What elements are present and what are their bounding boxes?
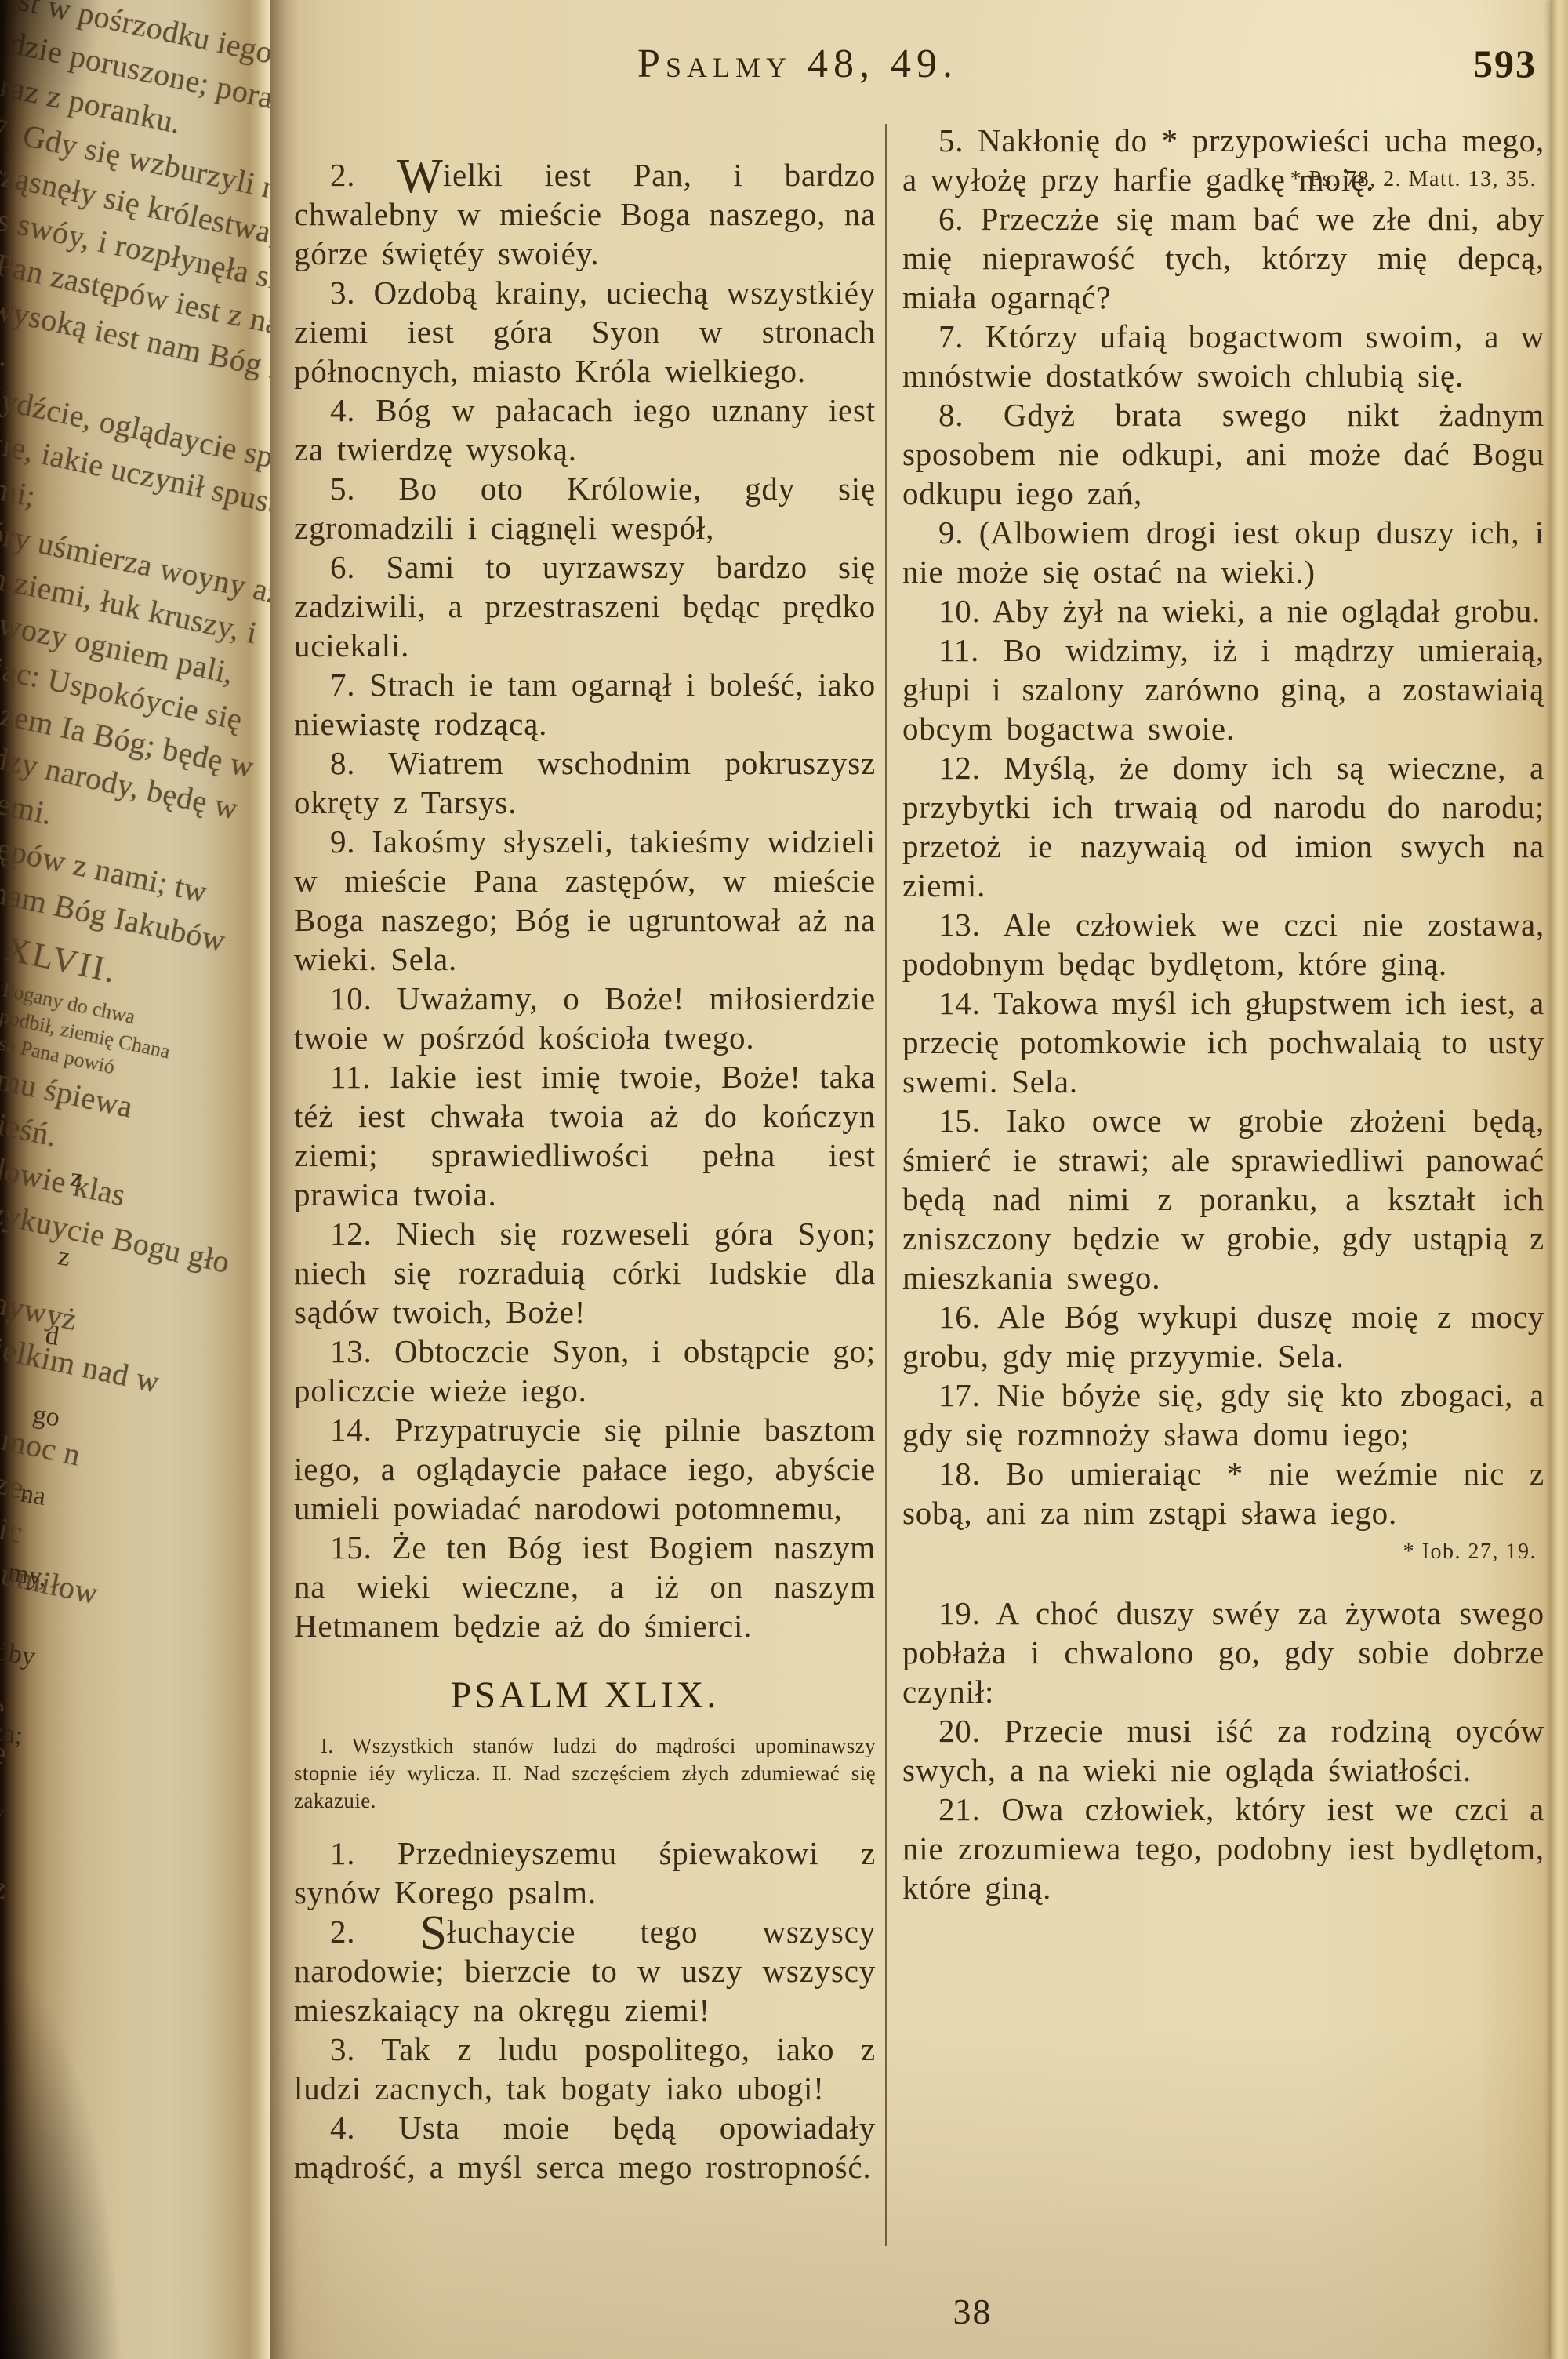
verse-number: 10.	[938, 593, 992, 629]
verse-number: 10.	[330, 980, 397, 1016]
verse: 8. Wiatrem wschodnim pokruszysz okręty z…	[294, 743, 876, 822]
verse: 11. Bo widzimy, iż i mądrzy umieraią, gł…	[902, 631, 1544, 748]
verse-number: 3.	[330, 274, 373, 311]
verse: 9. Iakośmy słyszeli, takieśmy widzieli w…	[294, 822, 876, 979]
verse: 10. Uważamy, o Boże! miłosierdzie twoie …	[294, 979, 876, 1057]
verse: 20. Przecie musi iść za rodziną oyców sw…	[902, 1711, 1544, 1790]
verse-number: 12.	[330, 1216, 396, 1252]
verse: 2. Słuchaycie tego wszyscy narodowie; bi…	[294, 1912, 876, 2030]
verse: 11. Iakie iest imię twoie, Boże! taka té…	[294, 1057, 876, 1214]
verse-number: 5.	[330, 471, 398, 507]
verse-number: 21.	[938, 1791, 1001, 1827]
verse: 6. Przeczże się mam bać we złe dni, aby …	[902, 199, 1544, 317]
verse: 12. Niech się rozweseli góra Syon; niech…	[294, 1214, 876, 1332]
verse: 14. Przypatruycie się pilnie basztom ieg…	[294, 1410, 876, 1528]
running-title: Psalmy 48, 49.	[294, 41, 1419, 87]
verse-number: 7.	[330, 667, 369, 703]
page-content: Psalmy 48, 49. 593 2. Wielki iest Pan, i…	[270, 0, 1568, 2359]
verse: 2. Wielki iest Pan, i bardzo chwalebny w…	[294, 155, 876, 273]
verse-number: 14.	[938, 985, 993, 1021]
verse-number: 18.	[938, 1456, 1006, 1492]
verse-initial-capital: S	[420, 1906, 447, 1960]
verse-number: 16.	[938, 1299, 997, 1335]
left-column: 2. Wielki iest Pan, i bardzo chwalebny w…	[294, 121, 876, 2293]
verse: 3. Tak z ludu pospolitego, iako z ludzi …	[294, 2030, 876, 2108]
verse-number: 17.	[938, 1377, 997, 1413]
verse: 7. Strach ie tam ogarnął i boleść, iako …	[294, 665, 876, 743]
verse-number: 11.	[330, 1059, 390, 1095]
edge-fragment: na	[18, 1479, 62, 1515]
edge-fragment: d	[43, 1321, 87, 1357]
book-page: Psalmy 48, 49. 593 2. Wielki iest Pan, i…	[270, 0, 1568, 2359]
verse: 6. Sami to uyrzawszy bardzo się zadziwil…	[294, 547, 876, 665]
page-header: Psalmy 48, 49. 593	[294, 41, 1544, 116]
edge-fragment: z	[56, 1241, 100, 1278]
verse: 12. Myślą, że domy ich są wieczne, a prz…	[902, 748, 1544, 905]
verse: 13. Obtoczcie Syon, i obstąpcie go; poli…	[294, 1332, 876, 1410]
verse-number: 11.	[938, 632, 1003, 668]
verse-number: 12.	[938, 750, 1004, 786]
verse: 15. Iako owce w grobie złożeni będą, śmi…	[902, 1101, 1544, 1297]
verse-number: 13.	[330, 1333, 394, 1369]
right-column: 5. Nakłonię do * przypowieści ucha mego,…	[899, 121, 1544, 2293]
previous-page-edge: st w pośrzodku iego,dzie poruszone; pora…	[0, 0, 270, 2359]
verse: 7. Którzy ufaią bogactwom swoim, a w mnó…	[902, 317, 1544, 395]
psalm-summary: I. Wszystkich stanów ludzi do mądrości u…	[294, 1732, 876, 1815]
verse: 15. Że ten Bóg iest Bogiem naszym na wie…	[294, 1528, 876, 1645]
verse-number: 14.	[330, 1412, 395, 1448]
text-columns: 2. Wielki iest Pan, i bardzo chwalebny w…	[294, 121, 1544, 2293]
edge-fragment: my,	[5, 1558, 49, 1594]
verse-number: 9.	[938, 514, 979, 551]
verse-number: 4.	[330, 2110, 398, 2146]
verse-number: 15.	[938, 1103, 1007, 1139]
verse-number: 5.	[938, 122, 978, 158]
edge-fragment: z	[68, 1163, 112, 1199]
verse: 13. Ale człowiek we czci nie zostawa, po…	[902, 905, 1544, 983]
verse: 1. Przednieyszemu śpiewakowi z synów Kor…	[294, 1834, 876, 1912]
edge-fragment: go	[31, 1400, 74, 1436]
verse-initial-capital: W	[397, 150, 443, 203]
previous-page-text: st w pośrzodku iego,dzie poruszone; pora…	[0, 0, 270, 2250]
verse: 18. Bo umieraiąc * nie weźmie nic z sobą…	[902, 1454, 1544, 1532]
verse: 4. Usta moie będą opowiadały mądrość, a …	[294, 2108, 876, 2186]
verse-number: 3.	[330, 2031, 381, 2067]
verse: 9. (Albowiem drogi iest okup duszy ich, …	[902, 513, 1544, 591]
verse-number: 8.	[938, 397, 1004, 433]
verse-number: 4.	[330, 392, 376, 428]
verse: 16. Ale Bóg wykupi duszę moię z mocy gro…	[902, 1297, 1544, 1376]
verse: 14. Takowa myśl ich głupstwem ich iest, …	[902, 983, 1544, 1101]
verse-number: 15.	[330, 1529, 392, 1565]
verse-number: 8.	[330, 745, 388, 781]
verse: 19. A choć duszy swéy za żywota swego po…	[902, 1594, 1544, 1711]
psalm-heading: PSALM XLIX.	[294, 1674, 876, 1717]
verse-number: 9.	[330, 823, 372, 860]
verse-number: 6.	[330, 549, 387, 585]
edge-fragment: óby	[0, 1637, 38, 1673]
verse: 5. Bo oto Królowie, gdy się zgromadzili …	[294, 469, 876, 547]
verse-number: 20.	[938, 1713, 1004, 1749]
verse: 3. Ozdobą krainy, uciechą wszystkiéy zie…	[294, 273, 876, 391]
verse-number: 19.	[938, 1595, 996, 1631]
verse-number: 2.	[330, 1914, 420, 1950]
column-divider	[885, 124, 887, 2246]
verse: 17. Nie bóyże się, gdy się kto zbogaci, …	[902, 1376, 1544, 1454]
verse-number: 13.	[938, 907, 1003, 943]
verse: 21. Owa człowiek, który iest we czci a n…	[902, 1790, 1544, 1907]
verse-number: 7.	[938, 318, 985, 354]
signature-number: 38	[270, 2291, 1568, 2332]
verse-number: 6.	[938, 201, 981, 237]
cross-reference: * Iob. 27, 19.	[902, 1532, 1544, 1572]
page-number: 593	[1419, 41, 1544, 86]
verse-number: 1.	[330, 1835, 397, 1871]
verse: 10. Aby żył na wieki, a nie oglądał grob…	[902, 591, 1544, 631]
verse: 8. Gdyż brata swego nikt żadnym sposobem…	[902, 395, 1544, 513]
verse-number: 2.	[330, 157, 397, 193]
scanned-book-page: st w pośrzodku iego,dzie poruszone; pora…	[0, 0, 1568, 2359]
verse: 4. Bóg w pałacach iego uznany iest za tw…	[294, 391, 876, 469]
